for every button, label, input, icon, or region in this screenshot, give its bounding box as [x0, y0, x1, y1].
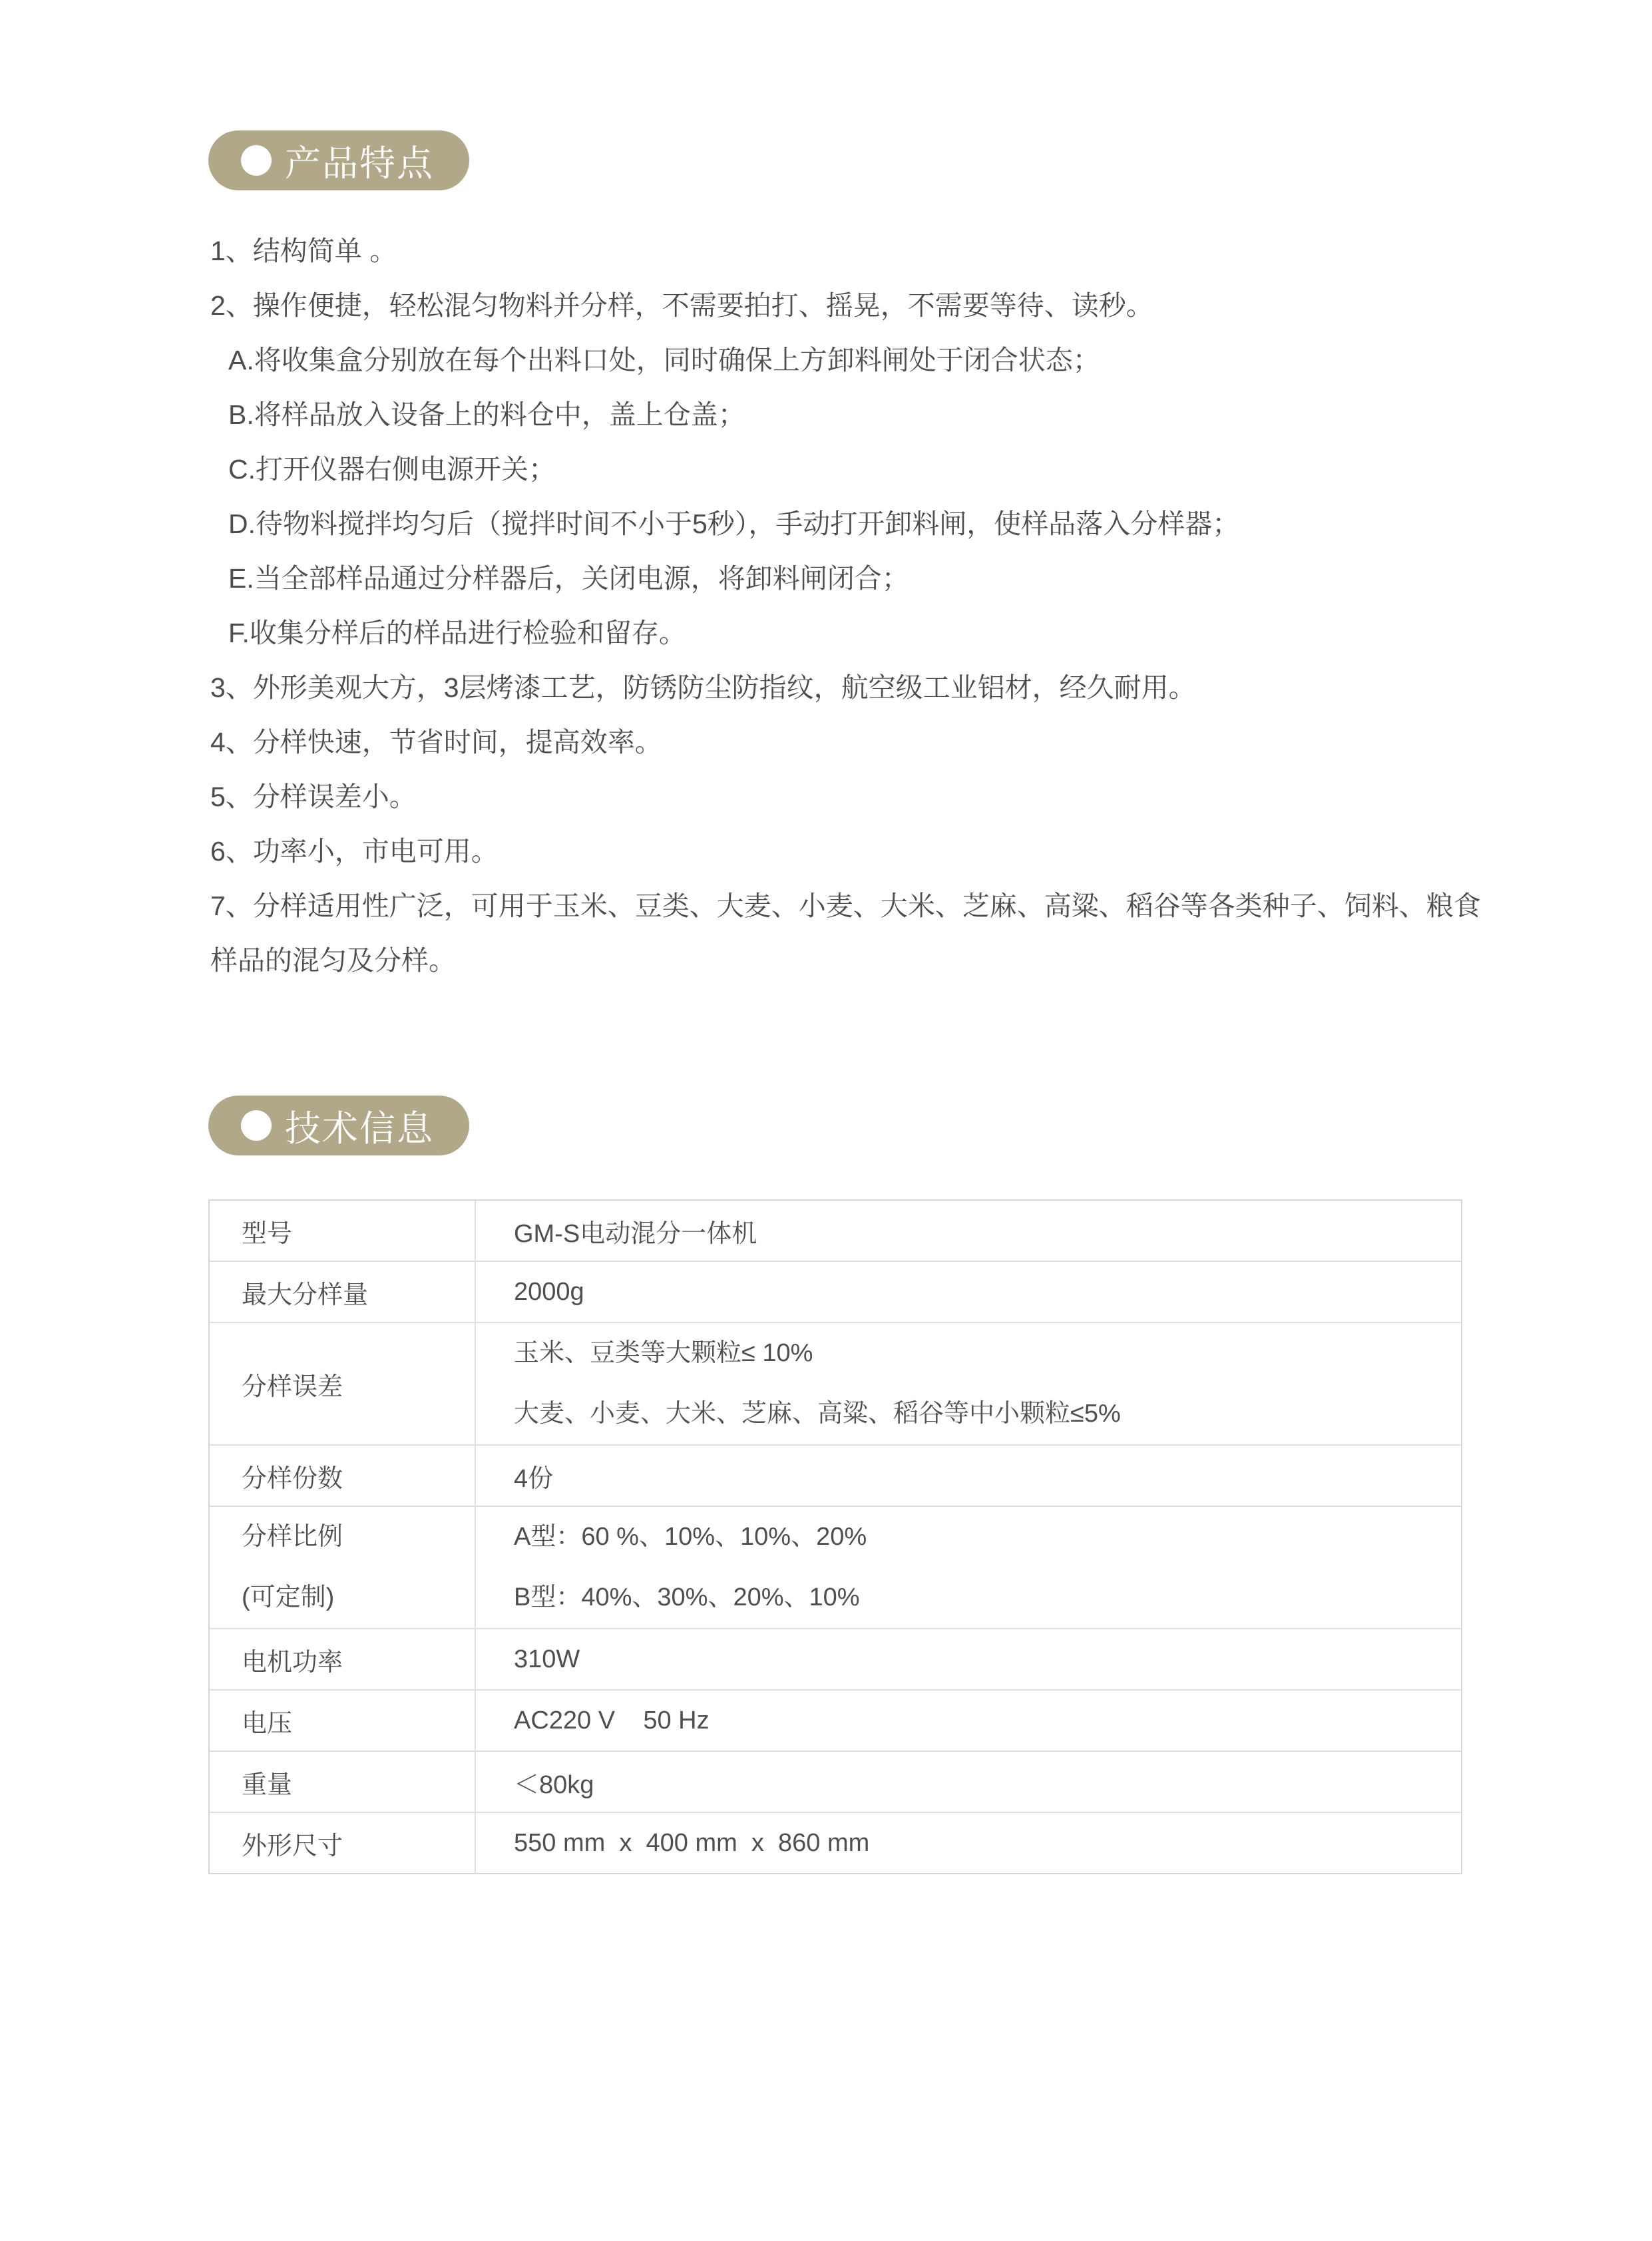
- spec-row-weight: 重量 ＜80kg: [210, 1750, 1461, 1812]
- feature-line-7-cont: 样品的混匀及分样。: [210, 930, 1465, 985]
- spec-row-motor-power: 电机功率 310W: [210, 1628, 1461, 1689]
- spec-value: ＜80kg: [514, 1764, 1461, 1800]
- feature-line-1: 1、结构简单 。: [210, 221, 1465, 276]
- feature-step-c: C.打开仪器右侧电源开关；: [210, 439, 1465, 494]
- spec-row-model: 型号 GM-S电动混分一体机: [210, 1201, 1461, 1261]
- spec-label: 电压: [242, 1703, 475, 1739]
- spec-row-error: 分样误差 玉米、豆类等大颗粒≤ 10% 大麦、小麦、大米、芝麻、高粱、稻谷等中小…: [210, 1322, 1461, 1444]
- spec-row-portions: 分样份数 4份: [210, 1444, 1461, 1506]
- spec-value: 2000g: [514, 1278, 1461, 1307]
- spec-value-line-1: 玉米、豆类等大颗粒≤ 10%: [514, 1323, 1461, 1384]
- feature-step-e: E.当全部样品通过分样器后，关闭电源，将卸料闸闭合；: [210, 548, 1465, 603]
- spec-value: GM-S电动混分一体机: [514, 1213, 1461, 1249]
- spec-label: 型号: [242, 1213, 475, 1249]
- spec-label: 分样误差: [242, 1366, 475, 1402]
- feature-line-4: 4、分样快速，节省时间，提高效率。: [210, 712, 1465, 767]
- product-detail-page: 产品特点 1、结构简单 。 2、操作便捷，轻松混匀物料并分样，不需要拍打、摇晃，…: [0, 0, 1652, 2241]
- spec-label: 最大分样量: [242, 1274, 475, 1311]
- spec-row-max-sample: 最大分样量 2000g: [210, 1261, 1461, 1322]
- spec-value-line-1: A型：60 %、10%、10%、20%: [514, 1507, 1461, 1567]
- features-section-badge: 产品特点: [208, 130, 469, 190]
- spec-row-voltage: 电压 AC220 V 50 Hz: [210, 1689, 1461, 1750]
- features-section-title: 产品特点: [285, 135, 434, 186]
- spec-label: 电机功率: [242, 1641, 475, 1678]
- feature-line-5: 5、分样误差小。: [210, 767, 1465, 821]
- specs-section-title: 技术信息: [285, 1100, 434, 1151]
- feature-line-6: 6、功率小，市电可用。: [210, 821, 1465, 876]
- spec-value: AC220 V 50 Hz: [514, 1707, 1461, 1735]
- spec-label-line-1: 分样比例: [242, 1507, 475, 1567]
- spec-label: 分样份数: [242, 1458, 475, 1494]
- spec-row-ratio: 分样比例 (可定制) A型：60 %、10%、10%、20% B型：40%、30…: [210, 1506, 1461, 1628]
- feature-line-7: 7、分样适用性广泛，可用于玉米、豆类、大麦、小麦、大米、芝麻、高粱、稻谷等各类种…: [210, 876, 1465, 930]
- feature-step-f: F.收集分样后的样品进行检验和留存。: [210, 603, 1465, 658]
- spec-value: 4份: [514, 1458, 1461, 1494]
- spec-label: 重量: [242, 1764, 475, 1800]
- feature-step-a: A.将收集盒分别放在每个出料口处，同时确保上方卸料闸处于闭合状态；: [210, 330, 1465, 385]
- spec-value-line-2: B型：40%、30%、20%、10%: [514, 1567, 1461, 1628]
- feature-step-d: D.待物料搅拌均匀后（搅拌时间不小于5秒），手动打开卸料闸，使样品落入分样器；: [210, 494, 1465, 548]
- feature-line-3: 3、外形美观大方，3层烤漆工艺，防锈防尘防指纹，航空级工业铝材，经久耐用。: [210, 658, 1465, 712]
- spec-value: 310W: [514, 1645, 1461, 1674]
- spec-row-dimensions: 外形尺寸 550 mm x 400 mm x 860 mm: [210, 1812, 1461, 1873]
- bullet-dot-icon: [241, 1110, 272, 1141]
- spec-value: 550 mm x 400 mm x 860 mm: [514, 1829, 1461, 1858]
- spec-label: 外形尺寸: [242, 1825, 475, 1862]
- spec-value-line-2: 大麦、小麦、大米、芝麻、高粱、稻谷等中小颗粒≤5%: [514, 1384, 1461, 1444]
- feature-step-b: B.将样品放入设备上的料仓中，盖上仓盖；: [210, 385, 1465, 439]
- specs-section-badge: 技术信息: [208, 1096, 469, 1155]
- feature-line-2: 2、操作便捷，轻松混匀物料并分样，不需要拍打、摇晃，不需要等待、读秒。: [210, 276, 1465, 330]
- specs-table: 型号 GM-S电动混分一体机 最大分样量 2000g 分样误差 玉米、豆类等大颗…: [208, 1199, 1462, 1874]
- spec-label-line-2: (可定制): [242, 1567, 475, 1628]
- bullet-dot-icon: [241, 145, 272, 176]
- feature-list: 1、结构简单 。 2、操作便捷，轻松混匀物料并分样，不需要拍打、摇晃，不需要等待…: [210, 221, 1465, 985]
